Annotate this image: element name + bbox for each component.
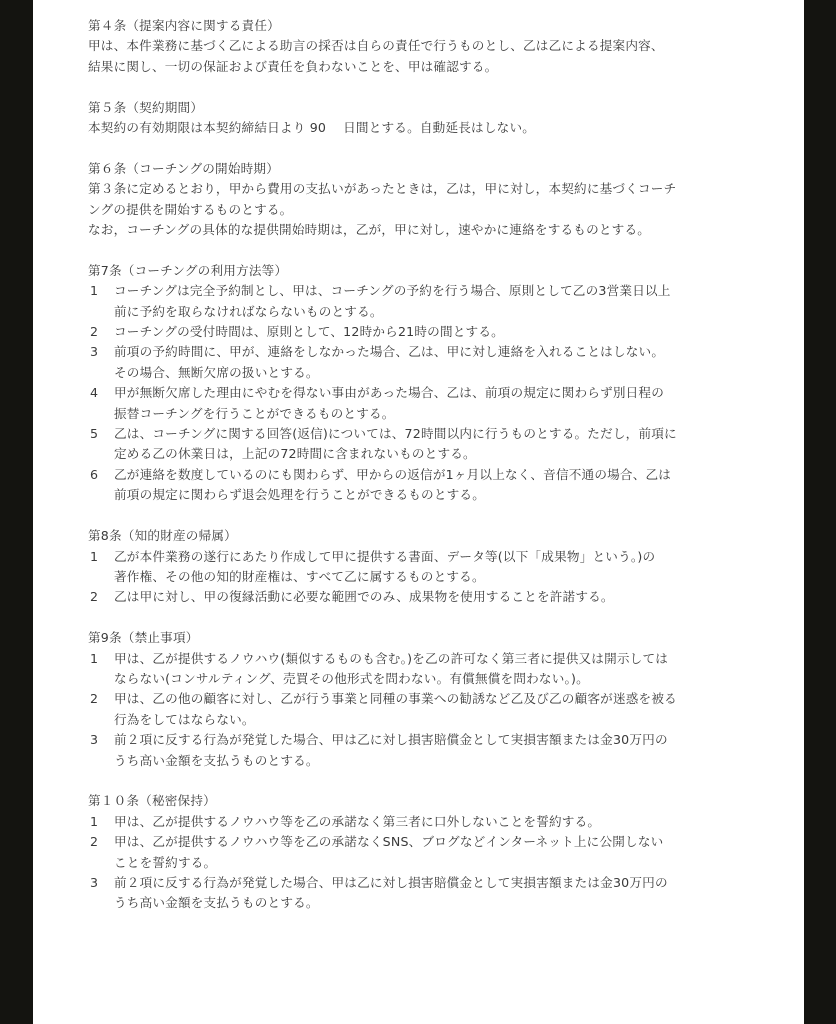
clause-text: 乙が本件業務の遂行にあたり作成して甲に提供する書面、データ等(以下「成果物」とい… [114, 547, 778, 567]
clause-item: 4 甲が無断欠席した理由にやむを得ない事由があった場合、乙は、前項の規定に関わら… [88, 383, 778, 424]
clause-item: 6 乙が連絡を数度しているのにも関わらず、甲からの返信が1ヶ月以上なく、音信不通… [88, 465, 778, 506]
article-7: 第7条（コーチングの利用方法等） 1 コーチングは完全予約制とし、甲は、コーチン… [88, 261, 778, 506]
article-8: 第8条（知的財産の帰属） 1 乙が本件業務の遂行にあたり作成して甲に提供する書面… [88, 526, 778, 608]
clause-number: 4 [88, 383, 114, 424]
article-10: 第１０条（秘密保持） 1 甲は、乙が提供するノウハウ等を乙の承諾なく第三者に口外… [88, 791, 778, 913]
document-viewer: 第４条（提案内容に関する責任） 甲は、本件業務に基づく乙による助言の採否は自らの… [0, 0, 836, 1024]
clause-item: 1 甲は、乙が提供するノウハウ(類似するものも含む。)を乙の許可なく第三者に提供… [88, 649, 778, 690]
clause-item: 3 前２項に反する行為が発覚した場合、甲は乙に対し損害賠償金として実損害額または… [88, 730, 778, 771]
clause-number: 6 [88, 465, 114, 506]
clause-text: 乙が連絡を数度しているのにも関わらず、甲からの返信が1ヶ月以上なく、音信不通の場… [114, 465, 778, 485]
clause-item: 1 乙が本件業務の遂行にあたり作成して甲に提供する書面、データ等(以下「成果物」… [88, 547, 778, 588]
article-title: 第５条（契約期間） [88, 98, 778, 118]
article-title: 第６条（コーチングの開始時期） [88, 159, 778, 179]
clause-text: うち高い金額を支払うものとする。 [114, 751, 778, 771]
article-title: 第7条（コーチングの利用方法等） [88, 261, 778, 281]
clause-text: 乙は、コーチングに関する回答(返信)については、72時間以内に行うものとする。た… [114, 424, 778, 444]
article-title: 第４条（提案内容に関する責任） [88, 16, 778, 36]
clause-text: 行為をしてはならない。 [114, 710, 778, 730]
document-content: 第４条（提案内容に関する責任） 甲は、本件業務に基づく乙による助言の採否は自らの… [88, 16, 778, 934]
clause-text: 甲は、乙が提供するノウハウ(類似するものも含む。)を乙の許可なく第三者に提供又は… [114, 649, 778, 669]
article-paragraph: 第３条に定めるとおり，甲から費用の支払いがあったときは，乙は，甲に対し，本契約に… [88, 179, 778, 199]
clause-number: 2 [88, 832, 114, 873]
clause-number: 5 [88, 424, 114, 465]
clause-text: コーチングは完全予約制とし、甲は、コーチングの予約を行う場合、原則として乙の3営… [114, 281, 778, 301]
article-5: 第５条（契約期間） 本契約の有効期限は本契約締結日より 90 日間とする。自動延… [88, 98, 778, 139]
clause-number: 1 [88, 812, 114, 832]
clause-text: 前項の規定に関わらず退会処理を行うことができるものとする。 [114, 485, 778, 505]
clause-item: 2 乙は甲に対し、甲の復縁活動に必要な範囲でのみ、成果物を使用することを許諾する… [88, 587, 778, 607]
clause-item: 5 乙は、コーチングに関する回答(返信)については、72時間以内に行うものとする… [88, 424, 778, 465]
clause-number: 1 [88, 547, 114, 588]
clause-number: 2 [88, 587, 114, 607]
clause-text: 定める乙の休業日は，上記の72時間に含まれないものとする。 [114, 444, 778, 464]
clause-text: 前２項に反する行為が発覚した場合、甲は乙に対し損害賠償金として実損害額または金3… [114, 873, 778, 893]
document-page[interactable]: 第４条（提案内容に関する責任） 甲は、本件業務に基づく乙による助言の採否は自らの… [33, 0, 804, 1024]
clause-text: 甲は、乙が提供するノウハウ等を乙の承諾なく第三者に口外しないことを誓約する。 [114, 812, 778, 832]
clause-item: 3 前２項に反する行為が発覚した場合、甲は乙に対し損害賠償金として実損害額または… [88, 873, 778, 914]
clause-item: 3 前項の予約時間に、甲が、連絡をしなかった場合、乙は、甲に対し連絡を入れること… [88, 342, 778, 383]
clause-text: 著作権、その他の知的財産権は、すべて乙に属するものとする。 [114, 567, 778, 587]
clause-number: 1 [88, 649, 114, 690]
clause-text: 甲は、乙の他の顧客に対し、乙が行う事業と同種の事業への勧誘など乙及び乙の顧客が迷… [114, 689, 778, 709]
clause-item: 2 甲は、乙が提供するノウハウ等を乙の承諾なくSNS、ブログなどインターネット上… [88, 832, 778, 873]
clause-item: 2 甲は、乙の他の顧客に対し、乙が行う事業と同種の事業への勧誘など乙及び乙の顧客… [88, 689, 778, 730]
article-title: 第8条（知的財産の帰属） [88, 526, 778, 546]
clause-text: 乙は甲に対し、甲の復縁活動に必要な範囲でのみ、成果物を使用することを許諾する。 [114, 587, 778, 607]
clause-number: 2 [88, 322, 114, 342]
article-6: 第６条（コーチングの開始時期） 第３条に定めるとおり，甲から費用の支払いがあった… [88, 159, 778, 241]
article-title: 第１０条（秘密保持） [88, 791, 778, 811]
clause-text: 振替コーチングを行うことができるものとする。 [114, 404, 778, 424]
clause-item: 1 コーチングは完全予約制とし、甲は、コーチングの予約を行う場合、原則として乙の… [88, 281, 778, 322]
clause-text: 前に予約を取らなければならないものとする。 [114, 302, 778, 322]
clause-text: 甲が無断欠席した理由にやむを得ない事由があった場合、乙は、前項の規定に関わらず別… [114, 383, 778, 403]
article-paragraph: 結果に関し、一切の保証および責任を負わないことを、甲は確認する。 [88, 57, 778, 77]
clause-text: ことを誓約する。 [114, 853, 778, 873]
article-title: 第9条（禁止事項） [88, 628, 778, 648]
article-paragraph: なお，コーチングの具体的な提供開始時期は，乙が，甲に対し，速やかに連絡をするもの… [88, 220, 778, 240]
article-paragraph: 本契約の有効期限は本契約締結日より 90 日間とする。自動延長はしない。 [88, 118, 778, 138]
article-paragraph: 甲は、本件業務に基づく乙による助言の採否は自らの責任で行うものとし、乙は乙による… [88, 36, 778, 56]
clause-number: 3 [88, 730, 114, 771]
article-paragraph: ングの提供を開始するものとする。 [88, 200, 778, 220]
clause-number: 1 [88, 281, 114, 322]
clause-number: 3 [88, 873, 114, 914]
clause-text: 甲は、乙が提供するノウハウ等を乙の承諾なくSNS、ブログなどインターネット上に公… [114, 832, 778, 852]
clause-text: 前２項に反する行為が発覚した場合、甲は乙に対し損害賠償金として実損害額または金3… [114, 730, 778, 750]
clause-text: ならない(コンサルティング、売買その他形式を問わない。有償無償を問わない。)。 [114, 669, 778, 689]
article-4: 第４条（提案内容に関する責任） 甲は、本件業務に基づく乙による助言の採否は自らの… [88, 16, 778, 77]
article-9: 第9条（禁止事項） 1 甲は、乙が提供するノウハウ(類似するものも含む。)を乙の… [88, 628, 778, 771]
clause-item: 2 コーチングの受付時間は、原則として、12時から21時の間とする。 [88, 322, 778, 342]
clause-number: 2 [88, 689, 114, 730]
clause-number: 3 [88, 342, 114, 383]
clause-text: 前項の予約時間に、甲が、連絡をしなかった場合、乙は、甲に対し連絡を入れることはし… [114, 342, 778, 362]
clause-text: その場合、無断欠席の扱いとする。 [114, 363, 778, 383]
clause-item: 1 甲は、乙が提供するノウハウ等を乙の承諾なく第三者に口外しないことを誓約する。 [88, 812, 778, 832]
clause-text: うち高い金額を支払うものとする。 [114, 893, 778, 913]
clause-text: コーチングの受付時間は、原則として、12時から21時の間とする。 [114, 322, 778, 342]
